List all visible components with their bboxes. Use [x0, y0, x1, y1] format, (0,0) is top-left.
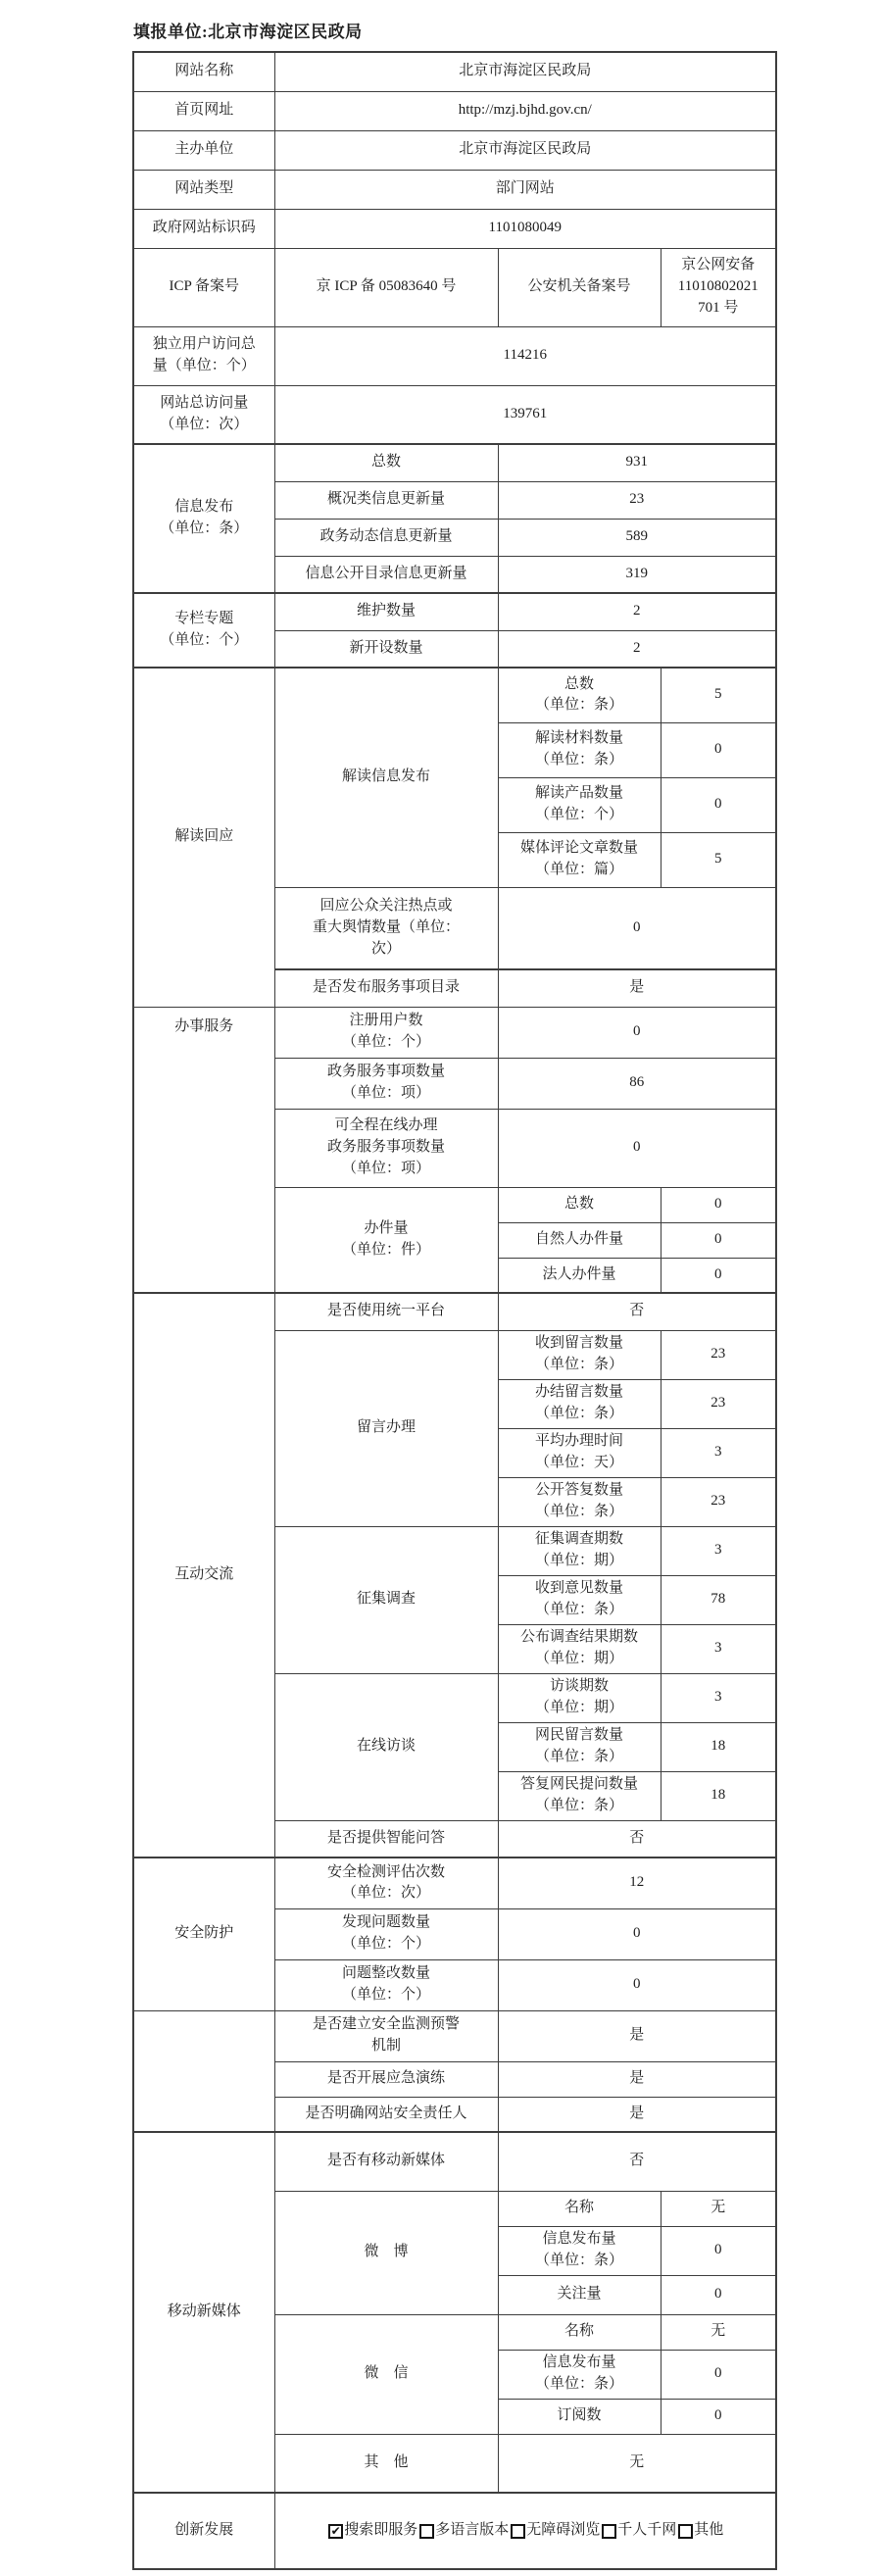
security-responsible-person-label: 是否明确网站安全责任人 [274, 2097, 498, 2132]
unchecked-checkbox-icon [602, 2524, 616, 2539]
empty-category-cell [133, 2010, 274, 2132]
topics-new-label: 新开设数量 [274, 630, 498, 668]
wechat-posts-label: 信息发布量 （单位：条） [498, 2350, 661, 2399]
security-issues-fixed-value: 0 [498, 1959, 776, 2010]
row-innovation: 创新发展 ✔搜索即服务 多语言版本 无障碍浏览 千人千网 [133, 2493, 776, 2569]
wechat-label: 微 信 [274, 2314, 498, 2434]
has-new-media-label: 是否有移动新媒体 [274, 2132, 498, 2191]
info-publish-total-label: 总数 [274, 444, 498, 481]
interview-replies-value: 18 [661, 1771, 776, 1820]
hotspot-response-value: 0 [498, 887, 776, 969]
checkbox-label: 其他 [694, 2520, 723, 2542]
messages-received-value: 23 [661, 1330, 776, 1379]
row-icp: ICP 备案号 京 ICP 备 05083640 号 公安机关备案号 京公网安备… [133, 248, 776, 326]
info-publish-catalog-value: 319 [498, 556, 776, 593]
messages-resolved-label: 办结留言数量 （单位：条） [498, 1379, 661, 1428]
checkbox-search-as-service: ✔搜索即服务 [326, 2520, 417, 2542]
site-type-value: 部门网站 [274, 170, 776, 209]
checkbox-label: 搜索即服务 [344, 2520, 417, 2542]
interpret-media-articles-label: 媒体评论文章数量 （单位：篇） [498, 832, 661, 887]
site-name-value: 北京市海淀区民政局 [274, 52, 776, 91]
topics-new-value: 2 [498, 630, 776, 668]
row-has-new-media: 移动新媒体 是否有移动新媒体 否 [133, 2132, 776, 2191]
survey-results-label: 公布调查结果期数 （单位：期） [498, 1624, 661, 1673]
service-category: 办事服务 [133, 1007, 274, 1293]
security-warning-mechanism-value: 是 [498, 2010, 776, 2061]
info-publish-catalog-label: 信息公开目录信息更新量 [274, 556, 498, 593]
police-record-value: 京公网安备 11010802021 701 号 [661, 248, 776, 326]
site-code-value: 1101080049 [274, 209, 776, 248]
info-publish-news-value: 589 [498, 519, 776, 556]
emergency-drill-label: 是否开展应急演练 [274, 2061, 498, 2097]
info-publish-category: 信息发布 （单位：条） [133, 444, 274, 593]
online-service-items-label: 可全程在线办理 政务服务事项数量 （单位：项） [274, 1109, 498, 1187]
other-media-value: 无 [498, 2434, 776, 2493]
messages-avg-time-value: 3 [661, 1428, 776, 1477]
interpret-total-label: 总数 （单位：条） [498, 668, 661, 722]
row-info-publish-total: 信息发布 （单位：条） 总数 931 [133, 444, 776, 481]
interpret-media-articles-value: 5 [661, 832, 776, 887]
unified-platform-label: 是否使用统一平台 [274, 1293, 498, 1330]
weibo-name-label: 名称 [498, 2191, 661, 2226]
row-total-visits: 网站总访问量 （单位：次） 139761 [133, 385, 776, 444]
interpret-total-value: 5 [661, 668, 776, 722]
innovation-options-cell: ✔搜索即服务 多语言版本 无障碍浏览 千人千网 其他 [274, 2493, 776, 2569]
wechat-subscribers-value: 0 [661, 2399, 776, 2434]
innovation-options-line: ✔搜索即服务 多语言版本 无障碍浏览 千人千网 其他 [279, 2520, 772, 2542]
topics-maintained-value: 2 [498, 593, 776, 630]
security-warning-mechanism-label: 是否建立安全监测预警 机制 [274, 2010, 498, 2061]
checkbox-label: 多语言版本 [435, 2520, 509, 2542]
interpret-products-label: 解读产品数量 （单位：个） [498, 777, 661, 832]
interview-replies-label: 答复网民提问数量 （单位：条） [498, 1771, 661, 1820]
messages-public-replies-label: 公开答复数量 （单位：条） [498, 1477, 661, 1526]
new-media-category: 移动新媒体 [133, 2132, 274, 2493]
interview-messages-label: 网民留言数量 （单位：条） [498, 1722, 661, 1771]
interview-messages-value: 18 [661, 1722, 776, 1771]
service-items-value: 86 [498, 1058, 776, 1109]
cases-natural-label: 自然人办件量 [498, 1222, 661, 1258]
security-responsible-person-value: 是 [498, 2097, 776, 2132]
checkbox-label: 无障碍浏览 [526, 2520, 600, 2542]
security-category: 安全防护 [133, 1858, 274, 2010]
row-topics-maintained: 专栏专题 （单位：个） 维护数量 2 [133, 593, 776, 630]
annual-report-sheet: 填报单位:北京市海淀区民政局 网站名称 北京市海淀区民政局 首页网址 http:… [132, 14, 777, 2570]
interpret-materials-label: 解读材料数量 （单位：条） [498, 722, 661, 777]
weibo-followers-label: 关注量 [498, 2275, 661, 2314]
topics-category: 专栏专题 （单位：个） [133, 593, 274, 668]
info-publish-overview-label: 概况类信息更新量 [274, 481, 498, 519]
info-publish-news-label: 政务动态信息更新量 [274, 519, 498, 556]
service-items-label: 政务服务事项数量 （单位：项） [274, 1058, 498, 1109]
interpret-materials-value: 0 [661, 722, 776, 777]
home-url-label: 首页网址 [133, 91, 274, 130]
weibo-posts-value: 0 [661, 2226, 776, 2275]
survey-opinions-value: 78 [661, 1575, 776, 1624]
interview-periods-label: 访谈期数 （单位：期） [498, 1673, 661, 1722]
cases-total-value: 0 [661, 1187, 776, 1222]
row-security-warning-mechanism: 是否建立安全监测预警 机制 是 [133, 2010, 776, 2061]
service-catalog-value: 是 [498, 969, 776, 1007]
info-publish-total-value: 931 [498, 444, 776, 481]
organizer-label: 主办单位 [133, 130, 274, 170]
messages-avg-time-label: 平均办理时间 （单位：天） [498, 1428, 661, 1477]
row-unique-visitors: 独立用户访问总 量（单位：个） 114216 [133, 326, 776, 385]
interview-periods-value: 3 [661, 1673, 776, 1722]
security-issues-found-label: 发现问题数量 （单位：个） [274, 1908, 498, 1959]
emergency-drill-value: 是 [498, 2061, 776, 2097]
service-catalog-label: 是否发布服务事项目录 [274, 969, 498, 1007]
unique-visitors-value: 114216 [274, 326, 776, 385]
cases-total-label: 总数 [498, 1187, 661, 1222]
row-unified-platform: 互动交流 是否使用统一平台 否 [133, 1293, 776, 1330]
smart-qa-label: 是否提供智能问答 [274, 1820, 498, 1858]
survey-results-value: 3 [661, 1624, 776, 1673]
other-media-label: 其 他 [274, 2434, 498, 2493]
interpretation-category: 解读回应 [133, 668, 274, 1007]
security-issues-fixed-label: 问题整改数量 （单位：个） [274, 1959, 498, 2010]
security-assessments-label: 安全检测评估次数 （单位：次） [274, 1858, 498, 1908]
security-assessments-value: 12 [498, 1858, 776, 1908]
weibo-name-value: 无 [661, 2191, 776, 2226]
row-home-url: 首页网址 http://mzj.bjhd.gov.cn/ [133, 91, 776, 130]
unchecked-checkbox-icon [678, 2524, 693, 2539]
unique-visitors-label: 独立用户访问总 量（单位：个） [133, 326, 274, 385]
checkbox-label: 千人千网 [617, 2520, 676, 2542]
report-unit-title: 填报单位:北京市海淀区民政局 [133, 18, 777, 42]
surveys-label: 征集调查 [274, 1526, 498, 1673]
topics-maintained-label: 维护数量 [274, 593, 498, 630]
cases-label: 办件量 （单位：件） [274, 1187, 498, 1293]
weibo-posts-label: 信息发布量 （单位：条） [498, 2226, 661, 2275]
messages-resolved-value: 23 [661, 1379, 776, 1428]
checkbox-multilingual: 多语言版本 [417, 2520, 509, 2542]
row-organizer: 主办单位 北京市海淀区民政局 [133, 130, 776, 170]
registered-users-label: 注册用户数 （单位：个） [274, 1007, 498, 1058]
row-registered-users: 办事服务 注册用户数 （单位：个） 0 [133, 1007, 776, 1058]
home-url-value: http://mzj.bjhd.gov.cn/ [274, 91, 776, 130]
interpret-publish-label: 解读信息发布 [274, 668, 498, 887]
row-site-code: 政府网站标识码 1101080049 [133, 209, 776, 248]
has-new-media-value: 否 [498, 2132, 776, 2191]
wechat-posts-value: 0 [661, 2350, 776, 2399]
total-visits-value: 139761 [274, 385, 776, 444]
security-issues-found-value: 0 [498, 1908, 776, 1959]
messages-label: 留言办理 [274, 1330, 498, 1526]
unchecked-checkbox-icon [419, 2524, 434, 2539]
cases-legal-value: 0 [661, 1258, 776, 1293]
info-publish-overview-value: 23 [498, 481, 776, 519]
organizer-value: 北京市海淀区民政局 [274, 130, 776, 170]
online-service-items-value: 0 [498, 1109, 776, 1187]
icp-label: ICP 备案号 [133, 248, 274, 326]
survey-opinions-label: 收到意见数量 （单位：条） [498, 1575, 661, 1624]
cases-legal-label: 法人办件量 [498, 1258, 661, 1293]
row-site-type: 网站类型 部门网站 [133, 170, 776, 209]
wechat-name-label: 名称 [498, 2314, 661, 2350]
messages-received-label: 收到留言数量 （单位：条） [498, 1330, 661, 1379]
annual-report-table: 网站名称 北京市海淀区民政局 首页网址 http://mzj.bjhd.gov.… [132, 51, 777, 2570]
unchecked-checkbox-icon [511, 2524, 525, 2539]
survey-periods-label: 征集调查期数 （单位：期） [498, 1526, 661, 1575]
wechat-subscribers-label: 订阅数 [498, 2399, 661, 2434]
checked-checkbox-icon: ✔ [328, 2524, 343, 2539]
police-record-label: 公安机关备案号 [498, 248, 661, 326]
checkbox-other: 其他 [676, 2520, 723, 2542]
site-code-label: 政府网站标识码 [133, 209, 274, 248]
site-name-label: 网站名称 [133, 52, 274, 91]
total-visits-label: 网站总访问量 （单位：次） [133, 385, 274, 444]
row-security-assessments: 安全防护 安全检测评估次数 （单位：次） 12 [133, 1858, 776, 1908]
checkbox-personalized: 千人千网 [600, 2520, 676, 2542]
wechat-name-value: 无 [661, 2314, 776, 2350]
registered-users-value: 0 [498, 1007, 776, 1058]
interviews-label: 在线访谈 [274, 1673, 498, 1820]
smart-qa-value: 否 [498, 1820, 776, 1858]
weibo-label: 微 博 [274, 2191, 498, 2314]
checkbox-accessibility: 无障碍浏览 [509, 2520, 600, 2542]
cases-natural-value: 0 [661, 1222, 776, 1258]
innovation-category: 创新发展 [133, 2493, 274, 2569]
messages-public-replies-value: 23 [661, 1477, 776, 1526]
row-interpret-total: 解读回应 解读信息发布 总数 （单位：条） 5 [133, 668, 776, 722]
icp-value: 京 ICP 备 05083640 号 [274, 248, 498, 326]
row-site-name: 网站名称 北京市海淀区民政局 [133, 52, 776, 91]
unified-platform-value: 否 [498, 1293, 776, 1330]
weibo-followers-value: 0 [661, 2275, 776, 2314]
site-type-label: 网站类型 [133, 170, 274, 209]
hotspot-response-label: 回应公众关注热点或 重大舆情数量（单位： 次） [274, 887, 498, 969]
interpret-products-value: 0 [661, 777, 776, 832]
survey-periods-value: 3 [661, 1526, 776, 1575]
interaction-category: 互动交流 [133, 1293, 274, 1858]
